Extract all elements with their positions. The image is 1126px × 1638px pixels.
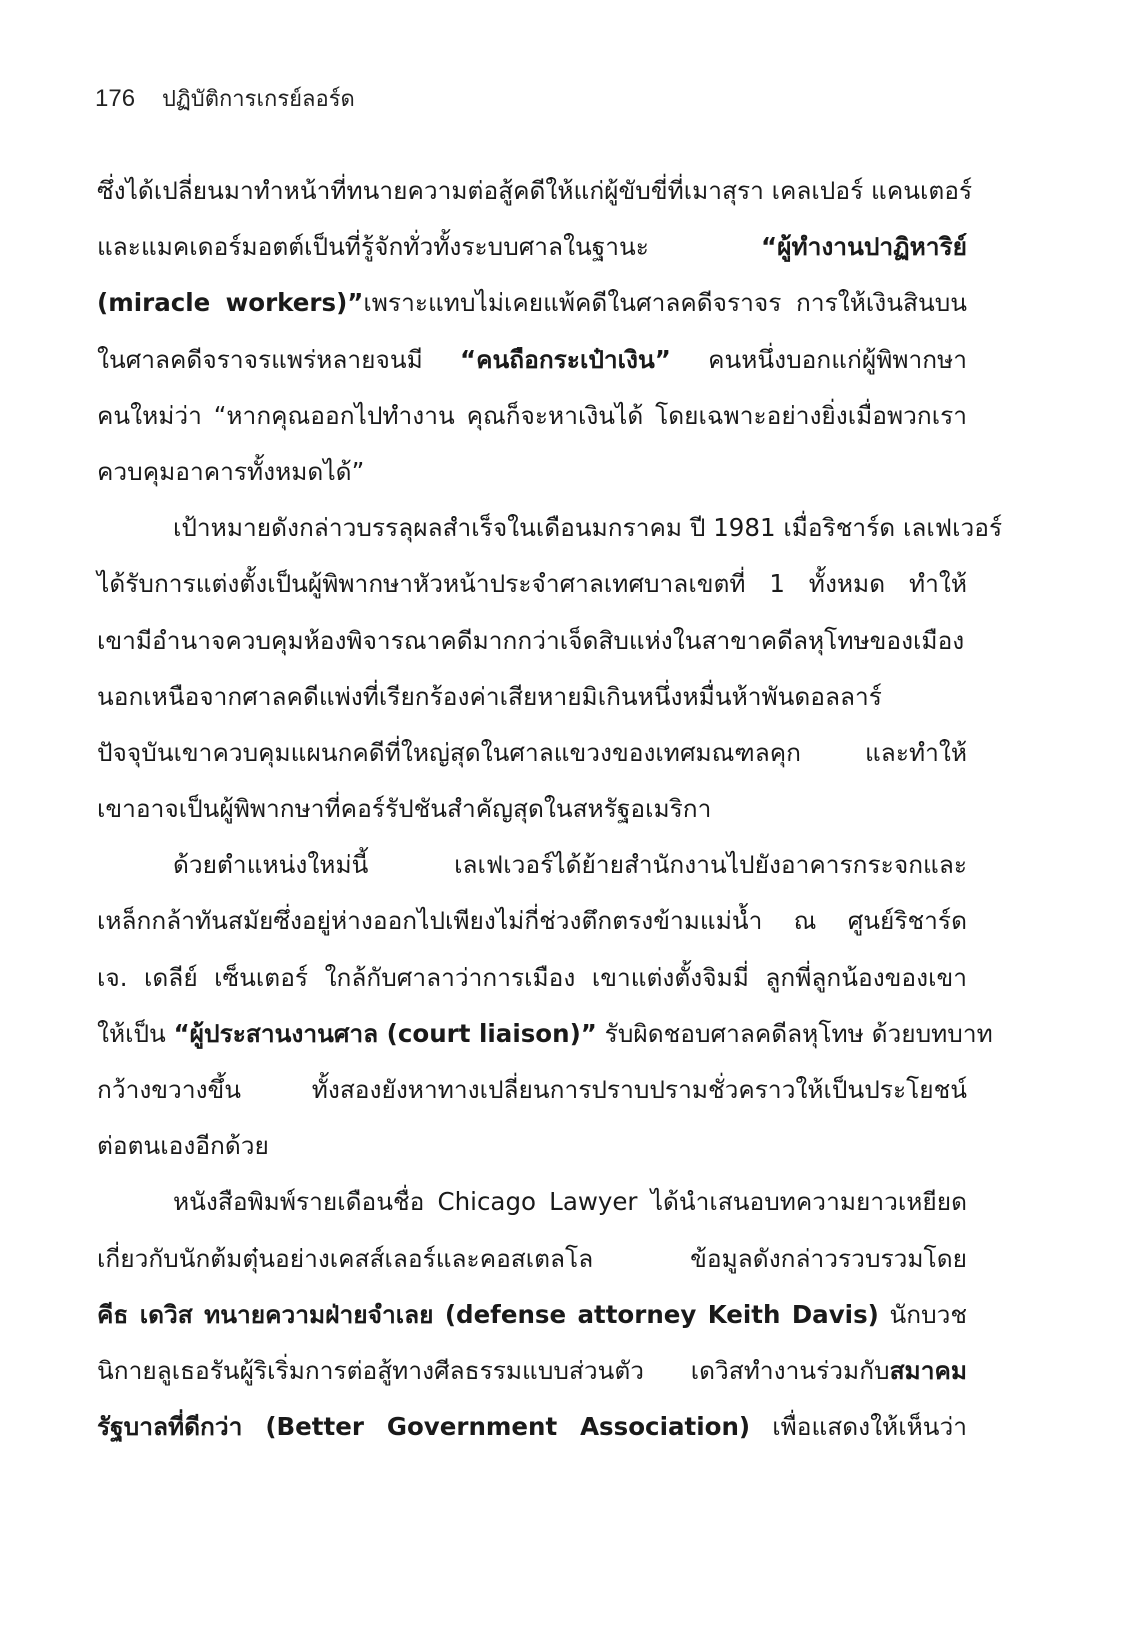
text-segment: ในศาลคดีจราจรแพร่หลายจนมี bbox=[97, 345, 460, 374]
text-segment: กว้างขวางขึ้น ทั้งสองยังหาทางเปลี่ยนการป… bbox=[97, 1075, 967, 1104]
text-line: ให้เป็น “ผู้ประสานงานศาล (court liaison)… bbox=[97, 1006, 967, 1062]
text-segment: เพราะแทบไม่เคยแพ้คดีในศาลคดีจราจร การให้… bbox=[363, 288, 967, 317]
book-page: 176 ปฏิบัติการเกรย์ลอร์ด ซึ่งได้เปลี่ยนม… bbox=[0, 0, 1126, 1638]
text-line: คนใหม่ว่า “หากคุณออกไปทำงาน คุณก็จะหาเงิ… bbox=[97, 388, 967, 444]
text-line: ในศาลคดีจราจรแพร่หลายจนมี “คนถือกระเป๋าเ… bbox=[97, 332, 967, 388]
text-segment: ได้รับการแต่งตั้งเป็นผู้พิพากษาหัวหน้าปร… bbox=[97, 569, 967, 598]
bold-text-segment: (miracle workers)” bbox=[97, 288, 363, 317]
bold-text-segment: “ผู้ประสานงานศาล (court liaison)” bbox=[174, 1019, 597, 1048]
text-line: เป้าหมายดังกล่าวบรรลุผลสำเร็จในเดือนมกรา… bbox=[97, 500, 967, 556]
text-line: กว้างขวางขึ้น ทั้งสองยังหาทางเปลี่ยนการป… bbox=[97, 1062, 967, 1118]
text-line: เจ. เดลีย์ เซ็นเตอร์ ใกล้กับศาลาว่าการเม… bbox=[97, 950, 967, 1006]
text-line: เขาอาจเป็นผู้พิพากษาที่คอร์รัปชันสำคัญสุ… bbox=[97, 781, 967, 837]
text-segment: ต่อตนเองอีกด้วย bbox=[97, 1131, 269, 1160]
text-segment: ให้เป็น bbox=[97, 1019, 174, 1048]
text-segment: นักบวช bbox=[879, 1300, 967, 1329]
text-segment: เขามีอำนาจควบคุมห้องพิจารณาคดีมากกว่าเจ็… bbox=[97, 626, 964, 655]
text-line: หนังสือพิมพ์รายเดือนชื่อ Chicago Lawyer … bbox=[97, 1174, 967, 1230]
bold-text-segment: รัฐบาลที่ดีกว่า (Better Government Assoc… bbox=[97, 1412, 750, 1441]
text-line: ปัจจุบันเขาควบคุมแผนกคดีที่ใหญ่สุดในศาลแ… bbox=[97, 725, 967, 781]
text-segment: เป้าหมายดังกล่าวบรรลุผลสำเร็จในเดือนมกรา… bbox=[173, 513, 1002, 542]
text-line: ได้รับการแต่งตั้งเป็นผู้พิพากษาหัวหน้าปร… bbox=[97, 556, 967, 612]
text-segment: เจ. เดลีย์ เซ็นเตอร์ ใกล้กับศาลาว่าการเม… bbox=[97, 963, 967, 992]
text-line: นิกายลูเธอรันผู้ริเริ่มการต่อสู้ทางศีลธร… bbox=[97, 1343, 967, 1399]
text-segment: ควบคุมอาคารทั้งหมดได้” bbox=[97, 457, 364, 486]
text-segment: คนใหม่ว่า “หากคุณออกไปทำงาน คุณก็จะหาเงิ… bbox=[97, 401, 967, 430]
page-number: 176 bbox=[95, 84, 147, 114]
text-segment: หนังสือพิมพ์รายเดือนชื่อ Chicago Lawyer … bbox=[173, 1187, 967, 1216]
text-line: ด้วยตำแหน่งใหม่นี้ เลเฟเวอร์ได้ย้ายสำนัก… bbox=[97, 837, 967, 893]
text-line: ต่อตนเองอีกด้วย bbox=[97, 1118, 967, 1174]
text-line: รัฐบาลที่ดีกว่า (Better Government Assoc… bbox=[97, 1399, 967, 1455]
text-line: เหล็กกล้าทันสมัยซึ่งอยู่ห่างออกไปเพียงไม… bbox=[97, 893, 967, 949]
running-header: 176 ปฏิบัติการเกรย์ลอร์ด bbox=[95, 84, 355, 115]
text-segment: เหล็กกล้าทันสมัยซึ่งอยู่ห่างออกไปเพียงไม… bbox=[97, 906, 967, 935]
text-segment: และแมคเดอร์มอตต์เป็นที่รู้จักทั่วทั้งระบ… bbox=[97, 232, 761, 261]
text-segment: ด้วยตำแหน่งใหม่นี้ เลเฟเวอร์ได้ย้ายสำนัก… bbox=[173, 850, 967, 879]
text-segment: นิกายลูเธอรันผู้ริเริ่มการต่อสู้ทางศีลธร… bbox=[97, 1356, 890, 1385]
text-line: และแมคเดอร์มอตต์เป็นที่รู้จักทั่วทั้งระบ… bbox=[97, 219, 967, 275]
text-segment: ซึ่งได้เปลี่ยนมาทำหน้าที่ทนายความต่อสู้ค… bbox=[97, 176, 972, 205]
text-segment: ปัจจุบันเขาควบคุมแผนกคดีที่ใหญ่สุดในศาลแ… bbox=[97, 738, 967, 767]
text-line: นอกเหนือจากศาลคดีแพ่งที่เรียกร้องค่าเสีย… bbox=[97, 669, 967, 725]
body-text: ซึ่งได้เปลี่ยนมาทำหน้าที่ทนายความต่อสู้ค… bbox=[97, 163, 967, 1455]
text-line: เกี่ยวกับนักต้มตุ๋นอย่างเคสส์เลอร์และคอส… bbox=[97, 1231, 967, 1287]
bold-text-segment: สมาคม bbox=[890, 1356, 967, 1385]
text-segment: เขาอาจเป็นผู้พิพากษาที่คอร์รัปชันสำคัญสุ… bbox=[97, 794, 711, 823]
text-segment: เกี่ยวกับนักต้มตุ๋นอย่างเคสส์เลอร์และคอส… bbox=[97, 1244, 967, 1273]
bold-text-segment: คีธ เดวิส ทนายความฝ่ายจำเลย (defense att… bbox=[97, 1300, 879, 1329]
text-line: (miracle workers)”เพราะแทบไม่เคยแพ้คดีใน… bbox=[97, 275, 967, 331]
text-line: เขามีอำนาจควบคุมห้องพิจารณาคดีมากกว่าเจ็… bbox=[97, 613, 967, 669]
bold-text-segment: “ผู้ทำงานปาฏิหาริย์ bbox=[761, 232, 967, 261]
book-title: ปฏิบัติการเกรย์ลอร์ด bbox=[162, 87, 355, 112]
text-line: ควบคุมอาคารทั้งหมดได้” bbox=[97, 444, 967, 500]
text-line: ซึ่งได้เปลี่ยนมาทำหน้าที่ทนายความต่อสู้ค… bbox=[97, 163, 967, 219]
text-segment: คนหนึ่งบอกแก่ผู้พิพากษา bbox=[671, 345, 967, 374]
text-segment: นอกเหนือจากศาลคดีแพ่งที่เรียกร้องค่าเสีย… bbox=[97, 682, 882, 711]
text-line: คีธ เดวิส ทนายความฝ่ายจำเลย (defense att… bbox=[97, 1287, 967, 1343]
text-segment: รับผิดชอบศาลคดีลหุโทษ ด้วยบทบาท bbox=[597, 1019, 993, 1048]
bold-text-segment: “คนถือกระเป๋าเงิน” bbox=[460, 345, 671, 374]
text-segment: เพื่อแสดงให้เห็นว่า bbox=[750, 1412, 967, 1441]
